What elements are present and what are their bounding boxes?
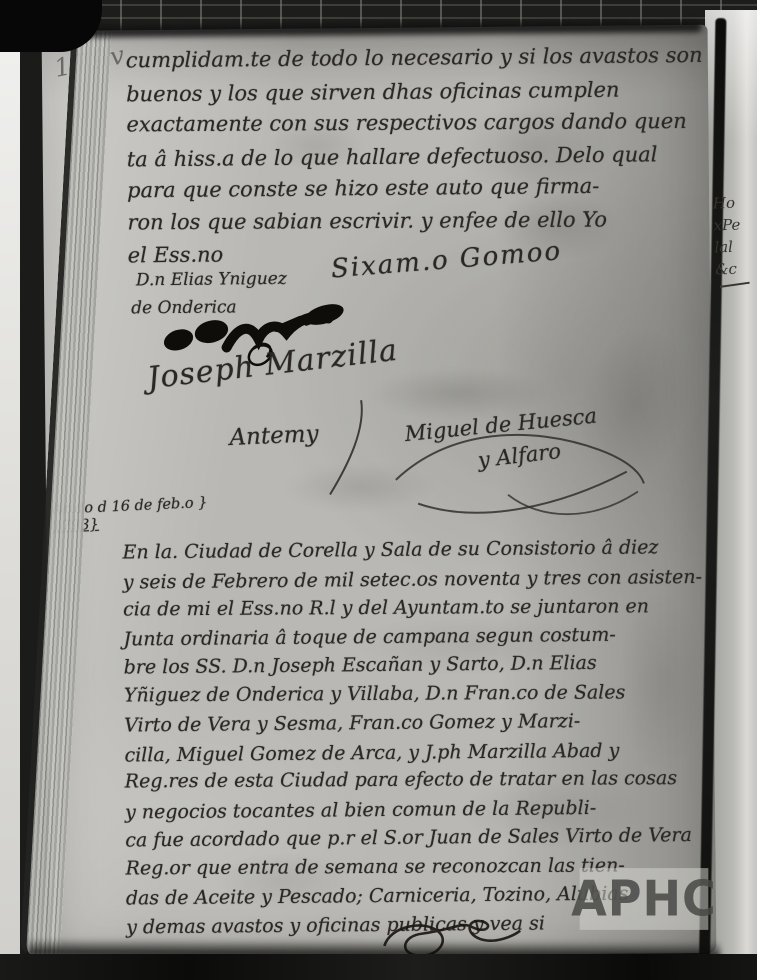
adjacent-page-fragments: Ho xPe lal &c	[712, 192, 742, 281]
manuscript-line: cia de mi el Ess.no R.l y del Ayuntam.to…	[123, 592, 702, 624]
manuscript-line: cumplidam.te de todo lo necesario y si l…	[126, 39, 703, 77]
manuscript-line: Junta ordinaria â toque de campana segun…	[123, 620, 702, 654]
manuscript-line: ron los que sabian escrivir. y enfee de …	[127, 202, 704, 238]
scan-bottom-band	[0, 954, 757, 980]
ante-mi-mark: Antemy	[229, 421, 319, 451]
manuscript-line: Virto de Vera y Sesma, Fran.co Gomez y M…	[124, 706, 703, 740]
attestor-signature-line1: D.n Elias Yniguez	[136, 269, 287, 290]
ante-mi-flourish	[319, 398, 370, 498]
manuscript-line: Yñiguez de Onderica y Villaba, D.n Fran.…	[124, 678, 703, 710]
archive-watermark: APHC	[580, 868, 709, 930]
fragment-text: lal	[714, 236, 742, 259]
signature-flourish	[389, 431, 652, 520]
scan-left-margin	[0, 30, 20, 980]
manuscript-line: ta â hiss.a de lo que hallare defectuoso…	[127, 137, 704, 175]
paragraph-1: cumplidam.te de todo lo necesario y si l…	[126, 39, 705, 272]
fragment-text: xPe	[713, 214, 741, 237]
manuscript-scan: 179v cumplidam.te de todo lo necesario y…	[0, 0, 757, 980]
manuscript-line: exactamente con sus respectivos cargos d…	[126, 105, 703, 141]
manuscript-page: 179v cumplidam.te de todo lo necesario y…	[42, 25, 717, 959]
manuscript-line: En la. Ciudad de Corella y Sala de su Co…	[122, 533, 701, 567]
manuscript-line: Reg.res de esta Ciudad para efecto de tr…	[125, 764, 704, 796]
manuscript-line: y negocios tocantes al bien comun de la …	[125, 793, 704, 827]
fragment-text: Ho	[712, 192, 740, 215]
fragment-text: &c	[715, 258, 743, 281]
